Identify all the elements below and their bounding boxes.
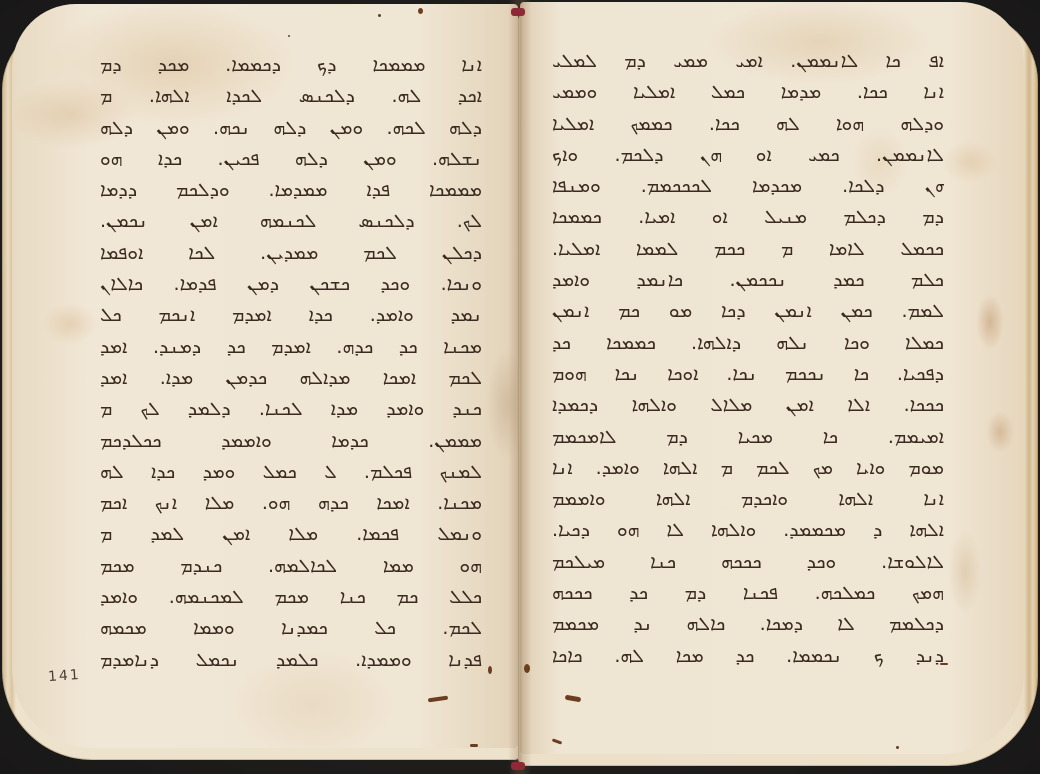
text-line: ܕܡ ܕܟܠܡ ܡܢܝܠ ܐܘ ܐܡܝܐ. ܟܡܡܟܐ xyxy=(552,202,944,233)
text-line: ܠܐܢܡܡܢ. ܟܡܝ ܐܘ ܗܢ ܕܠܟܡ. ܘܐܟ xyxy=(552,140,944,171)
right-page-text: ܐܦ ܟܐ ܠܐܢܡܡܢ. ܐܡܝ ܡܡܝ ܕܡ ܠܡܠܝ ܐܢܐ ܟܟܐ. ܡ… xyxy=(552,46,944,672)
text-line: ܟܢܕ ܘܐܡܕ ܡܕܐ ܠܟܢܐ. ܕܠܡܕ ܠܟ ܡ xyxy=(100,394,482,425)
text-line: ܐܢܐ ܐܠܗܐ ܘܐܟܕܡ ܐܠܗܐ ܘܐܡܡܡ xyxy=(552,484,944,515)
text-line: ܠܐܠܘܫܐ. ܘܟܕ ܟܟܟܗ ܟܢܐ ܡܝܠܟܡ xyxy=(552,547,944,578)
text-line: ܟܡܠܐ ܘܟܐ ܢܠܗ ܕܐܠܗܐ. ܟܡܡܟܐ ܟܕ xyxy=(552,328,944,359)
ink-speck xyxy=(418,8,423,14)
headband-top xyxy=(511,8,525,16)
text-line: ܕܠܗ ܠܟܗ. ܘܡܢ ܕܠܗ ܢܟܗ. ܘܡܢ ܕܠܗ xyxy=(100,113,482,144)
text-line: ܠܡܢܟ ܦܟܠܡ. ܠ ܟܡܠ ܘܡܕ ܟܕܐ ܠܗ xyxy=(100,457,482,488)
text-line: ܟܟܡܠ ܠܐܡܐ ܡ ܟܟܡ ܠܡܡܐ ܐܡܠܝܐ. xyxy=(552,234,944,265)
text-line: ܕܟܠܢ ܠܟܡ ܡܡܕܝܢ. ܠܟܐ ܐܘܦܡܐ xyxy=(100,238,482,269)
text-line: ܠܟܡ ܐܡܟܐ ܡܕܐܠܗ ܟܕܡܢ ܡܕܐ. ܐܡܕ xyxy=(100,363,482,394)
manuscript-photo: ܐܢܐ ܡܡܡܟܐ ܕܟ ܕܟܡܡܐ. ܡܟܕ ܕܡ ܐܟܕ ܠܗ. ܕܠܟܢܣ… xyxy=(0,0,1040,774)
text-line: ܢܡܕ ܘܐܡܕ. ܟܕܐ ܐܡܕܡ ܐܢܟܡ ܟܠ xyxy=(100,300,482,331)
ink-speck xyxy=(524,664,530,673)
ink-speck xyxy=(896,746,899,749)
text-line: ܦܕܢܐ ܘܡܡܕܐ. ܟܠܡܕ ܢܟܡܠ ܕܢܐܡܕܡ xyxy=(100,645,482,676)
ink-speck xyxy=(488,666,492,674)
text-line: ܗܘ ܡܡܐ ܠܟܐܠܡܗ. ܟܢܕܡ ܡܟܡ xyxy=(100,551,482,582)
text-line: ܕܦܟܝܐ. ܟܐ ܢܟܟܡ ܢܟܐ. ܐܘܟܐ ܢܟܐ ܗܘܡ xyxy=(552,359,944,390)
text-line: ܡܟܢܐ ܟܕ ܟܕܗ. ܐܡܕܡ ܟܕ ܕܡܢܕ. ܐܡܕ xyxy=(100,332,482,363)
text-line: ܘܢܡܠ ܦܟܡܐ. ܡܠܐ ܐܡܢ ܠܡܕ ܡ xyxy=(100,519,482,550)
folio-number: 141 xyxy=(47,667,81,685)
text-line: ܟܠܠ ܟܡ ܟܢܐ ܡܟܡ ܠܡܟܢܡܗ. ܘܐܡܕ xyxy=(100,582,482,613)
ink-speck xyxy=(940,663,948,665)
text-line: ܡܘܡ ܘܐܝܐ ܡܟ ܠܟܡ ܡ ܐܠܗܐ ܘܐܡܕ. ܐܢܐ xyxy=(552,453,944,484)
text-line: ܠܡܡ. ܟܡܢ ܐܢܡܢ ܕܟܐ ܡܘ ܟܡ ܐܢܡܢ xyxy=(552,296,944,327)
text-line: ܘܢܟܐ. ܘܟܕ ܟܫܟܢ ܕܡܢ ܦܕܡܐ. ܟܐܠܐܢ xyxy=(100,269,482,300)
text-line: ܕܢܕ ܟ ܢܟܡܡܐ. ܟܕ ܡܟܐ ܠܗ. ܟܐܟܐ xyxy=(552,641,944,672)
text-line: ܢܫܠܗ. ܘܡܢ ܕܠܗ ܦܟܝܢ. ܟܕܐ ܗܘ xyxy=(100,144,482,175)
text-line: ܐܢܐ ܡܡܡܟܐ ܕܟ ܕܟܡܡܐ. ܡܟܕ ܕܡ xyxy=(100,50,482,81)
text-line: ܐܡܝܡܡ. ܟܐ ܡܟܝܐ ܕܡ ܠܐܡܟܡܡ xyxy=(552,422,944,453)
ink-speck xyxy=(288,35,290,37)
text-line: ܘܕܠܗ ܗܘܐ ܠܗ ܟܟܐ. ܟܡܡܟ ܐܡܠܝܐ xyxy=(552,109,944,140)
text-line: ܗܡܟ ܟܡܠܟܗ. ܦܟܢܐ ܕܡ ܟܕ ܟܟܟܗ xyxy=(552,578,944,609)
headband-bottom xyxy=(511,762,525,770)
text-line: ܟܠܡ ܟܡܕ ܢܟܟܡܢ. ܟܐܢܡܕ ܘܐܡܕ xyxy=(552,265,944,296)
text-line: ܕܟܠܡܡ ܠܐ ܕܡܟܐ. ܟܐܠܗ ܢܕ ܡܟܡܡ xyxy=(552,609,944,640)
text-line: ܐܦ ܟܐ ܠܐܢܡܡܢ. ܐܡܝ ܡܡܝ ܕܡ ܠܡܠܝ xyxy=(552,46,944,77)
text-line: ܐܟܕ ܠܗ. ܕܠܟܢܣ ܠܟܕܐ ܐܠܗܐ. ܡ xyxy=(100,81,482,112)
ink-speck xyxy=(470,744,478,747)
text-line: ܠܟܡ. ܟܠ ܟܡܕܢܐ ܘܡܡܐ ܡܟܡܗ xyxy=(100,613,482,644)
left-page-text: ܐܢܐ ܡܡܡܟܐ ܕܟ ܕܟܡܡܐ. ܡܟܕ ܕܡ ܐܟܕ ܠܗ. ܕܠܟܢܣ… xyxy=(100,50,482,676)
text-line: ܡܡܡܟܐ ܦܕܐ ܡܡܕܡܐ. ܘܕܠܟܡ ܕܕܡܐ xyxy=(100,175,482,206)
text-line: ܐܢܐ ܟܟܐ. ܡܕܡܐ ܟܡܠ ܐܡܠܝܐ ܘܡܡܝ xyxy=(552,77,944,108)
text-line: ܡܡܡܢ. ܟܕܡܐ ܘܐܡܡܕ ܟܟܠܕܟܡ xyxy=(100,426,482,457)
text-line: ܟܟܟܐ. ܐܠܐ ܐܡܢ ܡܠܐܠ ܘܐܠܗܐ ܕܟܡܕܐ xyxy=(552,390,944,421)
text-line: ܐܠܗܐ ܕ ܡܟܡܡܕ. ܘܐܠܗܐ ܠܐ ܗܘ ܕܟܝܐ. xyxy=(552,515,944,546)
ink-speck xyxy=(378,14,381,17)
text-line: ܡܟܢܐ. ܐܡܟܐ ܟܕܗ ܗܘ. ܡܠܐ ܐܢܟ ܐܟܡ xyxy=(100,488,482,519)
text-line: ܠܟ. ܕܠܟܢܣ ܠܟܢܡܗ ܐܡܢ ܢܟܡܢ. xyxy=(100,206,482,237)
text-line: ܗܢ ܕܠܟܐ. ܡܟܕܡܐ ܠܟܟܟܡܡ. ܘܡܢܦܐ xyxy=(552,171,944,202)
